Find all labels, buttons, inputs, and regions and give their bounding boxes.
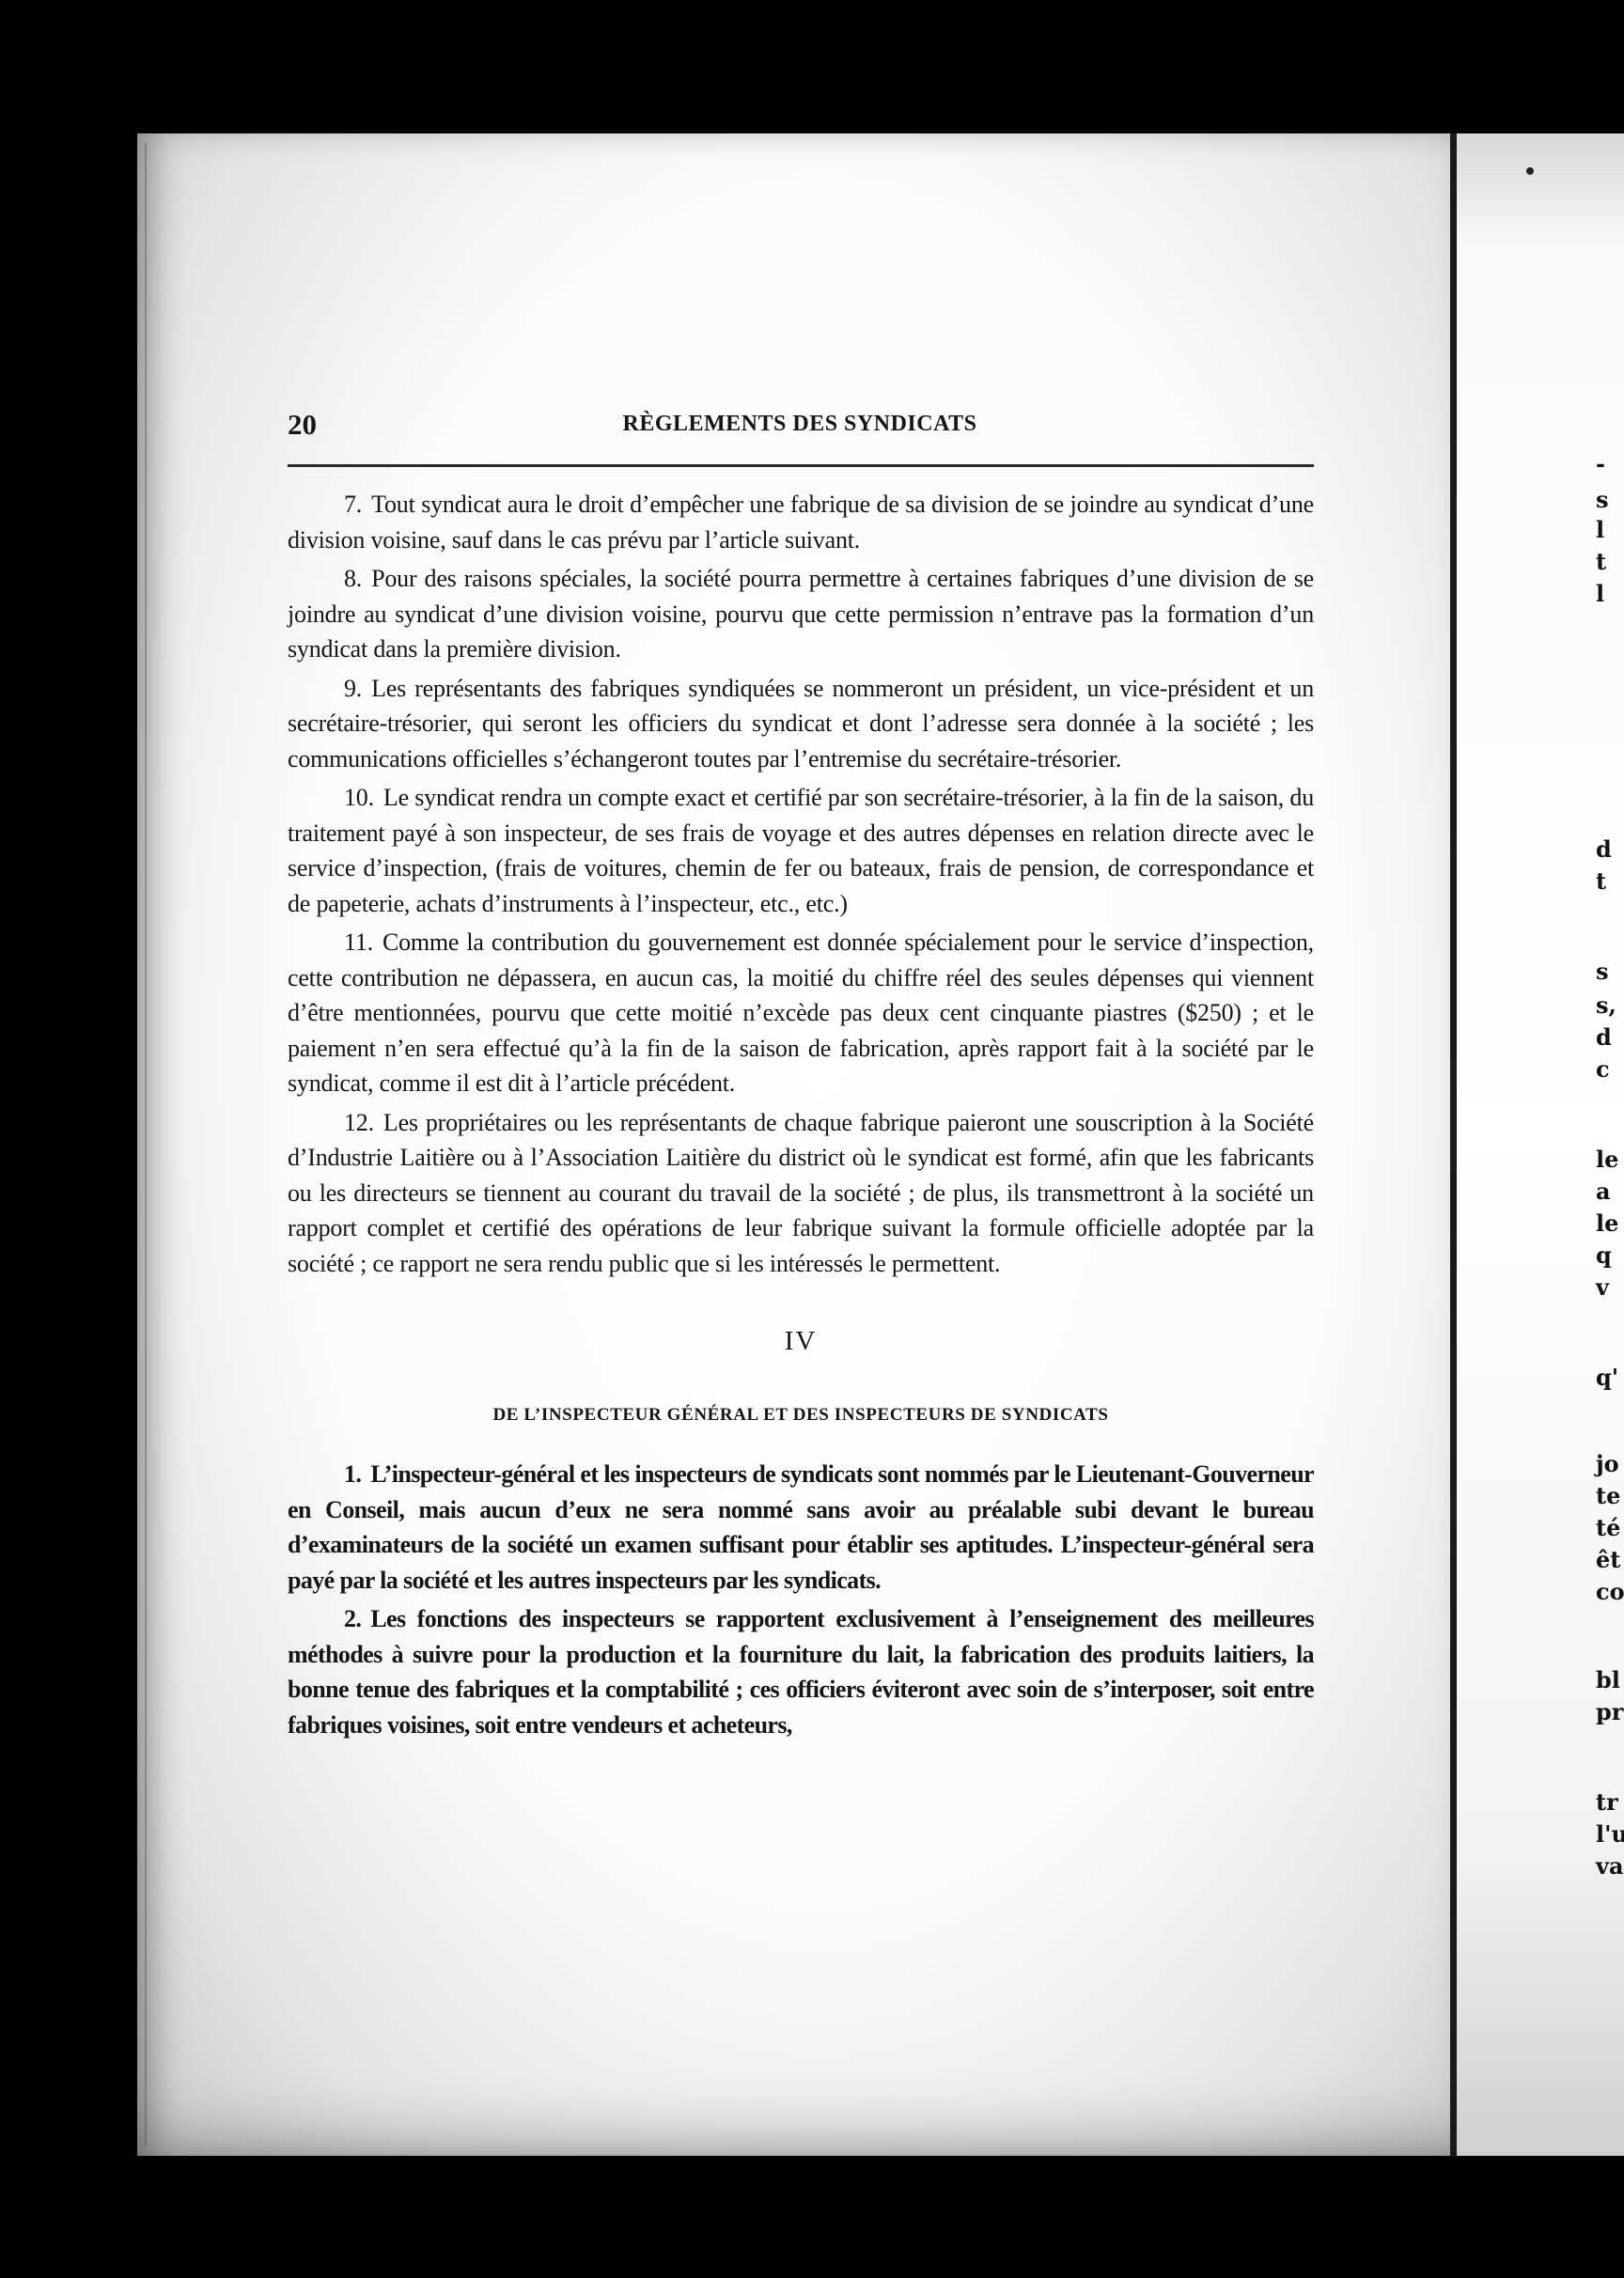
facing-page-text-fragment: s, [1596, 994, 1616, 1017]
article-12: 12.Les propriétaires ou les représentant… [288, 1105, 1314, 1282]
ink-spot [1526, 167, 1534, 175]
book-spine-gutter [1450, 133, 1457, 2156]
facing-page-text-fragment: l'u [1596, 1823, 1624, 1846]
facing-page-text-fragment: d [1596, 838, 1612, 861]
article-7: 7.Tout syndicat aura le droit d’empêcher… [288, 487, 1314, 557]
article-8: 8.Pour des raisons spéciales, la société… [288, 561, 1314, 667]
facing-page-text-fragment: té [1596, 1517, 1620, 1539]
facing-page-text-fragment: l [1596, 519, 1604, 541]
article-10: 10.Le syndicat rendra un compte exact et… [288, 780, 1314, 921]
facing-page-text-fragment: s [1596, 960, 1609, 983]
page-body: 7.Tout syndicat aura le droit d’empêcher… [288, 487, 1314, 1742]
facing-page-text-fragment: bl [1596, 1669, 1620, 1692]
article-11: 11.Comme la contribution du gouvernement… [288, 925, 1314, 1101]
facing-page-text-fragment: te [1596, 1485, 1620, 1507]
header-rule [288, 464, 1314, 467]
facing-page-text-fragment: pr [1596, 1701, 1623, 1724]
section-title: DE L’INSPECTEUR GÉNÉRAL ET DES INSPECTEU… [288, 1397, 1314, 1433]
facing-page-text-fragment: tr [1596, 1791, 1618, 1814]
facing-page-text-fragment: q' [1596, 1366, 1618, 1389]
facing-page-text-fragment: êt [1596, 1549, 1620, 1571]
facing-page-text-fragment: c [1596, 1058, 1610, 1081]
facing-page-text-fragment: t [1596, 870, 1606, 893]
facing-page-text-fragment: le [1596, 1148, 1618, 1171]
facing-page-text-fragment: - [1596, 453, 1605, 476]
section-iv-article-1: 1.L’inspecteur-général et les inspecteur… [288, 1457, 1314, 1598]
facing-page-text-fragment: jo [1596, 1453, 1619, 1475]
article-9: 9.Les représentants des fabriques syndiq… [288, 671, 1314, 777]
facing-page-text-fragment: t [1596, 551, 1606, 573]
facing-page-text-fragment: s [1596, 489, 1609, 511]
facing-page-text-fragment: a [1596, 1180, 1611, 1203]
facing-page-text-fragment: co [1596, 1581, 1624, 1603]
section-number: IV [288, 1324, 1314, 1360]
running-header: 20 RÈGLEMENTS DES SYNDICATS [288, 408, 1312, 445]
facing-page-edge: -sltldtss,dclealeqvq'jotetéêtcoblprtrl'u… [1457, 133, 1624, 2156]
facing-page-text-fragment: d [1596, 1026, 1612, 1049]
facing-page-text-fragment: v [1596, 1276, 1609, 1299]
running-title: RÈGLEMENTS DES SYNDICATS [288, 412, 1312, 437]
facing-page-text-fragment: l [1596, 583, 1604, 605]
section-iv-article-2: 2.Les fonctions des inspecteurs se rappo… [288, 1601, 1314, 1742]
facing-page-text-fragment: va [1596, 1855, 1624, 1878]
facing-page-text-fragment: le [1596, 1212, 1618, 1235]
facing-page-text-fragment: q [1596, 1244, 1612, 1267]
